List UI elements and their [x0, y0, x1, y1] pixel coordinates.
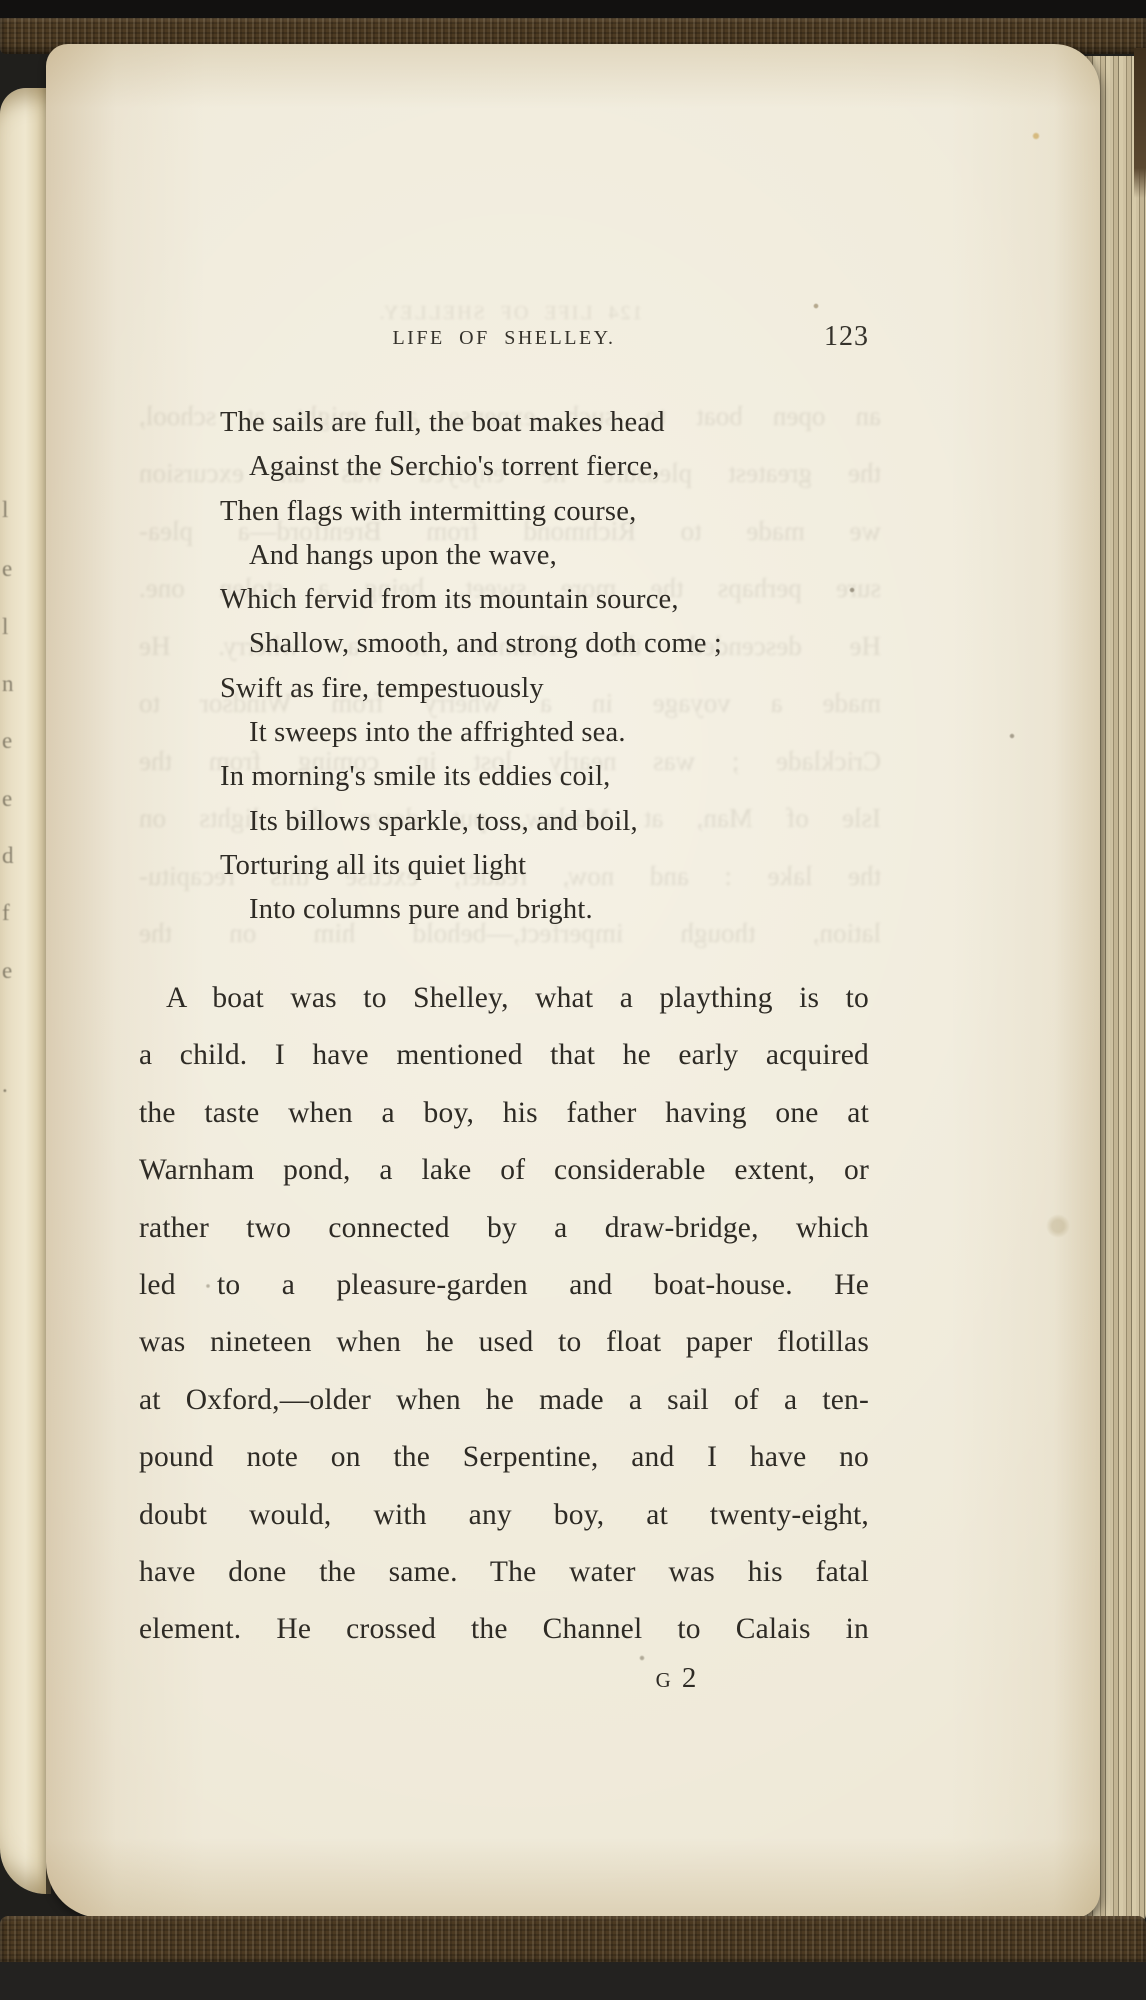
- leather-cover-bottom-edge: [0, 1916, 1146, 1966]
- prose-line: the taste when a boy, his father having …: [139, 1085, 869, 1142]
- show-through-header: 124 LIFE OF SHELLEY.: [139, 302, 881, 325]
- background-top-strip: [0, 0, 1146, 20]
- edge-letter-fragment: e: [2, 556, 12, 582]
- poem-line: Into columns pure and bright.: [220, 888, 820, 932]
- prose-line: pound note on the Serpentine, and I have…: [139, 1429, 869, 1486]
- prose-line: Warnham pond, a lake of considerable ext…: [139, 1142, 869, 1199]
- prose-paragraph: A boat was to Shelley, what a plaything …: [139, 970, 869, 1659]
- poem-line: In morning's smile its eddies coil,: [220, 755, 820, 799]
- edge-letter-fragment: e: [2, 786, 12, 812]
- edge-letter-fragment: l: [2, 614, 8, 640]
- signature-number: 2: [682, 1662, 697, 1694]
- edge-letter-fragment: .: [2, 1072, 8, 1098]
- poem-line: It sweeps into the affrighted sea.: [220, 711, 820, 755]
- leather-cover-right-sliver: [1134, 48, 1146, 198]
- prose-line: a child. I have mentioned that he early …: [139, 1027, 869, 1084]
- poem-line: Then flags with intermitting course,: [220, 490, 820, 534]
- prose-line: doubt would, with any boy, at twenty-eig…: [139, 1487, 869, 1544]
- poem-line: The sails are full, the boat makes head: [220, 401, 820, 445]
- edge-letter-fragment: e: [2, 728, 12, 754]
- book-page: 124 LIFE OF SHELLEY. an open boat to suc…: [46, 44, 1100, 1918]
- edge-letter-fragment: l: [2, 497, 8, 523]
- poem-line: Torturing all its quiet light: [220, 844, 820, 888]
- edge-letter-fragment: e: [2, 958, 12, 984]
- prose-line: element. He crossed the Channel to Calai…: [139, 1601, 869, 1658]
- edge-letter-fragment: d: [2, 843, 14, 869]
- poem-line: And hangs upon the wave,: [220, 534, 820, 578]
- prose-line: A boat was to Shelley, what a plaything …: [139, 970, 869, 1027]
- prose-line: at Oxford,—older when he made a sail of …: [139, 1372, 869, 1429]
- prose-line: rather two connected by a draw-bridge, w…: [139, 1200, 869, 1257]
- poem-line: Swift as fire, tempestuously: [220, 667, 820, 711]
- poem-line: Shallow, smooth, and strong doth come ;: [220, 622, 820, 666]
- book-photograph: lelneedfe. 124 LIFE OF SHELLEY. an open …: [0, 0, 1146, 2000]
- edge-letter-fragment: n: [2, 671, 14, 697]
- poem-line: Its billows sparkle, toss, and boil,: [220, 800, 820, 844]
- page-number: 123: [824, 321, 869, 353]
- header-title: LIFE OF SHELLEY.: [139, 327, 869, 350]
- poem-line: Which fervid from its mountain source,: [220, 578, 820, 622]
- running-header: LIFE OF SHELLEY. 123: [139, 327, 869, 361]
- prose-line: was nineteen when he used to float paper…: [139, 1314, 869, 1371]
- facing-page-letter-fragments: lelneedfe.: [0, 0, 30, 2000]
- signature-letter: G: [656, 1668, 673, 1692]
- poem-line: Against the Serchio's torrent fierce,: [220, 445, 820, 489]
- background-bottom-strip: [0, 1962, 1146, 2000]
- signature-mark: G2: [606, 1662, 746, 1695]
- prose-line: led to a pleasure-garden and boat-house.…: [139, 1257, 869, 1314]
- prose-line: have done the same. The water was his fa…: [139, 1544, 869, 1601]
- edge-letter-fragment: f: [2, 900, 10, 926]
- poem-block: The sails are full, the boat makes headA…: [220, 401, 820, 933]
